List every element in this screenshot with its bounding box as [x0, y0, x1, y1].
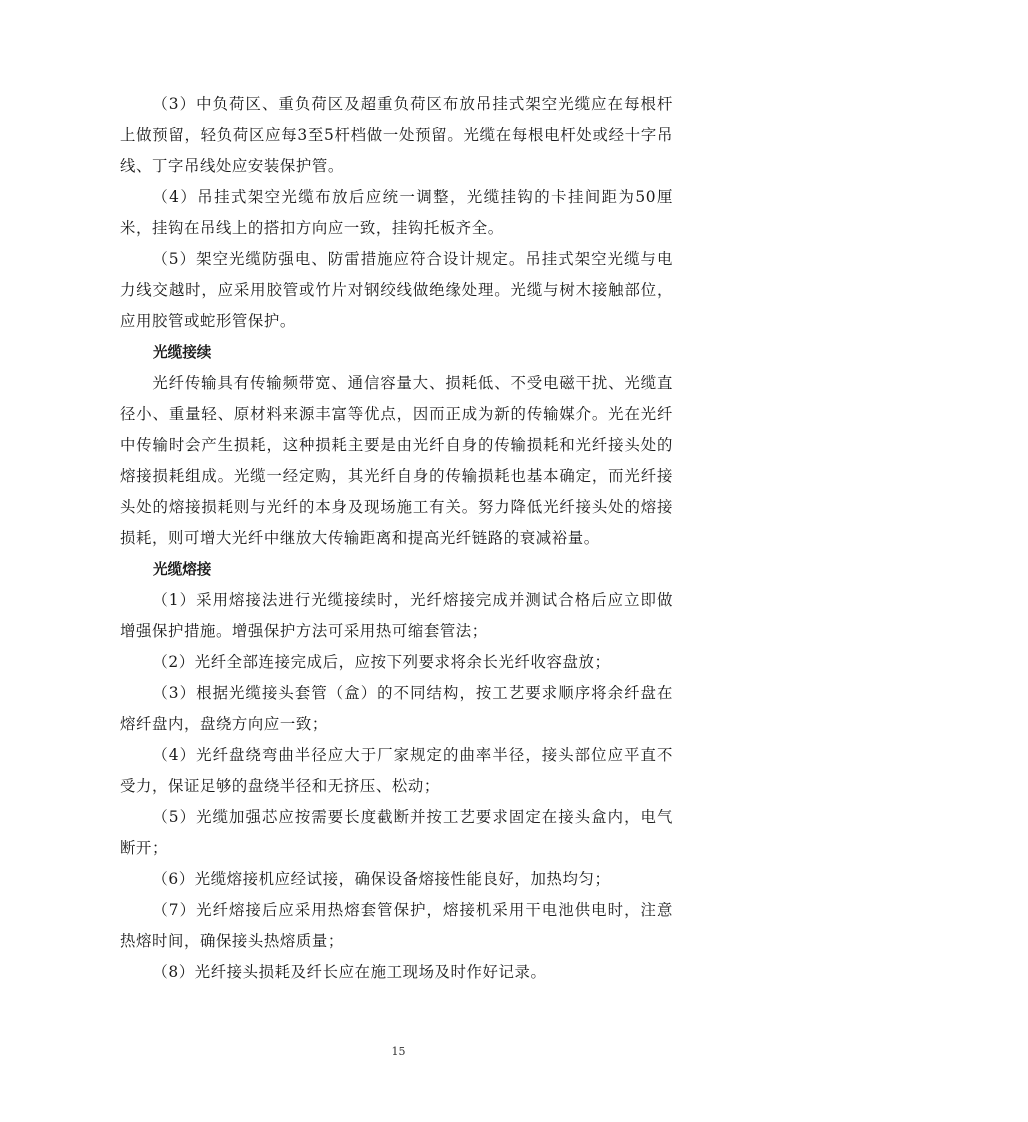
paragraph-lightning-protection: （5）架空光缆防强电、防雷措施应符合设计规定。吊挂式架空光缆与电力线交越时，应采… [120, 244, 673, 337]
document-page: （3）中负荷区、重负荷区及超重负荷区布放吊挂式架空光缆应在每根杆上做预留，轻负荷… [0, 0, 1028, 1122]
paragraph-overhead-reserve: （3）中负荷区、重负荷区及超重负荷区布放吊挂式架空光缆应在每根杆上做预留，轻负荷… [120, 89, 673, 182]
document-body: （3）中负荷区、重负荷区及超重负荷区布放吊挂式架空光缆应在每根杆上做预留，轻负荷… [120, 89, 673, 988]
list-item-fusion-8: （8）光纤接头损耗及纤长应在施工现场及时作好记录。 [120, 957, 673, 988]
section-heading-cable-splicing: 光缆接续 [120, 337, 673, 368]
list-item-fusion-7: （7）光纤熔接后应采用热熔套管保护，熔接机采用干电池供电时，注意热熔时间，确保接… [120, 895, 673, 957]
list-item-fusion-6: （6）光缆熔接机应经试接，确保设备熔接性能良好，加热均匀； [120, 864, 673, 895]
paragraph-fiber-transmission: 光纤传输具有传输频带宽、通信容量大、损耗低、不受电磁干扰、光缆直径小、重量轻、原… [120, 368, 673, 554]
section-heading-fusion-splicing: 光缆熔接 [120, 554, 673, 585]
list-item-fusion-2: （2）光纤全部连接完成后，应按下列要求将余长光纤收容盘放； [120, 647, 673, 678]
list-item-fusion-3: （3）根据光缆接头套管（盒）的不同结构，按工艺要求顺序将余纤盘在熔纤盘内，盘绕方… [120, 678, 673, 740]
page-number: 15 [0, 1045, 797, 1058]
list-item-fusion-5: （5）光缆加强芯应按需要长度截断并按工艺要求固定在接头盒内，电气断开； [120, 802, 673, 864]
list-item-fusion-4: （4）光纤盘绕弯曲半径应大于厂家规定的曲率半径，接头部位应平直不受力，保证足够的… [120, 740, 673, 802]
list-item-fusion-1: （1）采用熔接法进行光缆接续时，光纤熔接完成并测试合格后应立即做增强保护措施。增… [120, 585, 673, 647]
paragraph-hook-adjustment: （4）吊挂式架空光缆布放后应统一调整，光缆挂钩的卡挂间距为50厘米，挂钩在吊线上… [120, 182, 673, 244]
